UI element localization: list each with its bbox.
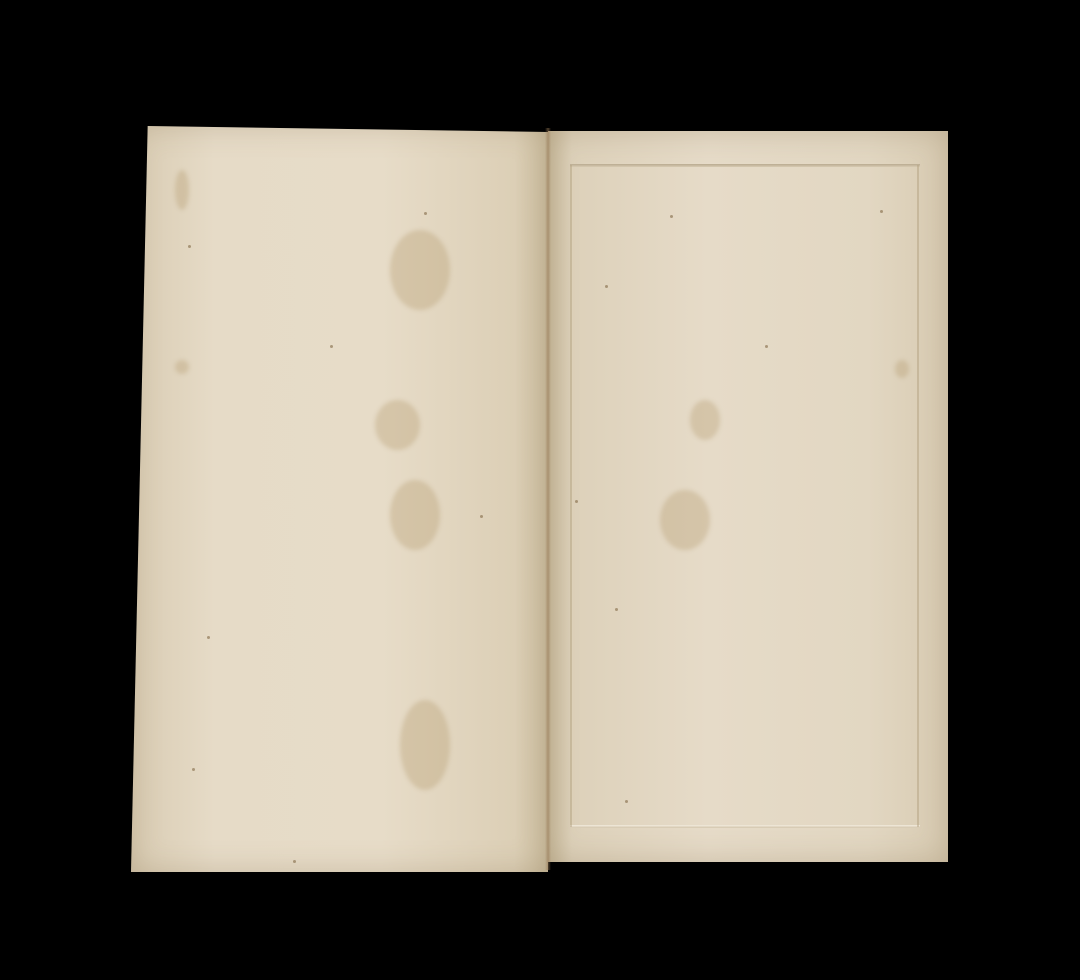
foxing-spot (480, 515, 483, 518)
age-stain (375, 400, 420, 450)
foxing-spot (424, 212, 427, 215)
foxing-spot (625, 800, 628, 803)
foxing-spot (615, 608, 618, 611)
foxing-spot (330, 345, 333, 348)
foxing-spot (293, 860, 296, 863)
foxing-spot (880, 210, 883, 213)
foxing-spot (207, 636, 210, 639)
age-stain (690, 400, 720, 440)
foxing-spot (605, 285, 608, 288)
embossed-frame-top (570, 164, 920, 167)
foxing-spot (765, 345, 768, 348)
foxing-spot (670, 215, 673, 218)
age-stain (400, 700, 450, 790)
right-page (548, 131, 948, 862)
foxing-spot (575, 500, 578, 503)
age-stain (175, 170, 189, 210)
embossed-frame-right (917, 165, 919, 827)
foxing-spot (188, 245, 191, 248)
book-spine-gutter (545, 128, 551, 870)
age-stain (660, 490, 710, 550)
foxing-spot (192, 768, 195, 771)
age-stain (175, 360, 189, 374)
age-stain (895, 360, 909, 378)
left-page (131, 126, 548, 872)
age-stain (390, 480, 440, 550)
embossed-frame-left (570, 165, 572, 827)
age-stain (390, 230, 450, 310)
embossed-frame-bottom (570, 825, 920, 828)
